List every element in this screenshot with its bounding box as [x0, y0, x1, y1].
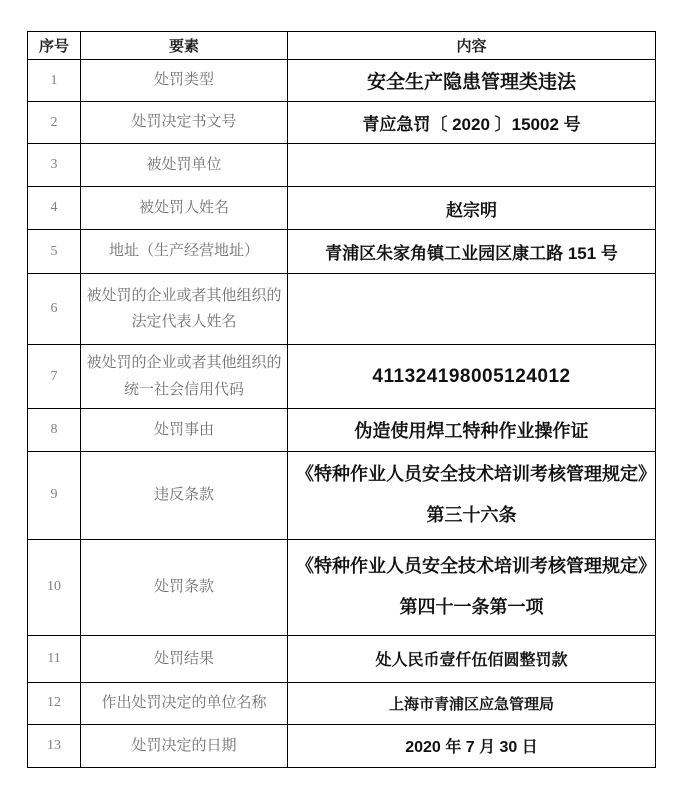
row-content-value: 《特种作业人员安全技术培训考核管理规定》第三十六条 — [288, 452, 656, 540]
row-content-value: 青应急罚〔 2020 〕15002 号 — [288, 102, 656, 144]
row-serial-number: 1 — [28, 60, 81, 102]
table-row: 1 处罚类型 安全生产隐患管理类违法 — [28, 60, 656, 102]
row-content-value: 赵宗明 — [288, 187, 656, 230]
row-element-label: 作出处罚决定的单位名称 — [81, 682, 288, 724]
row-content-value: 411324198005124012 — [288, 345, 656, 409]
row-content-value: 伪造使用焊工特种作业操作证 — [288, 409, 656, 452]
row-serial-number: 5 — [28, 230, 81, 274]
table-row: 3 被处罚单位 — [28, 144, 656, 187]
row-element-label: 被处罚的企业或者其他组织的法定代表人姓名 — [81, 274, 288, 345]
row-content-value: 2020 年 7 月 30 日 — [288, 724, 656, 767]
table-body: 1 处罚类型 安全生产隐患管理类违法 2 处罚决定书文号 青应急罚〔 2020 … — [28, 60, 656, 768]
row-element-label: 处罚条款 — [81, 539, 288, 635]
row-element-label: 地址（生产经营地址） — [81, 230, 288, 274]
row-element-label: 处罚决定的日期 — [81, 724, 288, 767]
row-content-value: 《特种作业人员安全技术培训考核管理规定》第四十一条第一项 — [288, 539, 656, 635]
table-row: 11 处罚结果 处人民币壹仟伍佰圆整罚款 — [28, 635, 656, 682]
row-serial-number: 7 — [28, 345, 81, 409]
row-element-label: 处罚事由 — [81, 409, 288, 452]
row-serial-number: 8 — [28, 409, 81, 452]
row-serial-number: 13 — [28, 724, 81, 767]
row-element-label: 处罚结果 — [81, 635, 288, 682]
table-row: 8 处罚事由 伪造使用焊工特种作业操作证 — [28, 409, 656, 452]
row-serial-number: 2 — [28, 102, 81, 144]
table-row: 10 处罚条款 《特种作业人员安全技术培训考核管理规定》第四十一条第一项 — [28, 539, 656, 635]
row-serial-number: 6 — [28, 274, 81, 345]
row-serial-number: 4 — [28, 187, 81, 230]
row-element-label: 被处罚的企业或者其他组织的统一社会信用代码 — [81, 345, 288, 409]
row-content-value: 处人民币壹仟伍佰圆整罚款 — [288, 635, 656, 682]
penalty-info-table: 序号 要素 内容 1 处罚类型 安全生产隐患管理类违法 2 处罚决定书文号 青应… — [27, 31, 656, 768]
row-content-value — [288, 144, 656, 187]
table-header-row: 序号 要素 内容 — [28, 32, 656, 60]
document-page: 序号 要素 内容 1 处罚类型 安全生产隐患管理类违法 2 处罚决定书文号 青应… — [0, 0, 680, 786]
row-element-label: 被处罚单位 — [81, 144, 288, 187]
table-row: 6 被处罚的企业或者其他组织的法定代表人姓名 — [28, 274, 656, 345]
header-content: 内容 — [288, 32, 656, 60]
table-row: 4 被处罚人姓名 赵宗明 — [28, 187, 656, 230]
table-row: 7 被处罚的企业或者其他组织的统一社会信用代码 4113241980051240… — [28, 345, 656, 409]
row-serial-number: 11 — [28, 635, 81, 682]
row-element-label: 违反条款 — [81, 452, 288, 540]
row-content-value: 青浦区朱家角镇工业园区康工路 151 号 — [288, 230, 656, 274]
header-serial-number: 序号 — [28, 32, 81, 60]
row-serial-number: 12 — [28, 682, 81, 724]
row-serial-number: 3 — [28, 144, 81, 187]
row-element-label: 被处罚人姓名 — [81, 187, 288, 230]
row-serial-number: 9 — [28, 452, 81, 540]
table-row: 5 地址（生产经营地址） 青浦区朱家角镇工业园区康工路 151 号 — [28, 230, 656, 274]
row-serial-number: 10 — [28, 539, 81, 635]
row-content-value: 安全生产隐患管理类违法 — [288, 60, 656, 102]
table-row: 9 违反条款 《特种作业人员安全技术培训考核管理规定》第三十六条 — [28, 452, 656, 540]
row-content-value: 上海市青浦区应急管理局 — [288, 682, 656, 724]
header-element: 要素 — [81, 32, 288, 60]
row-element-label: 处罚类型 — [81, 60, 288, 102]
table-row: 12 作出处罚决定的单位名称 上海市青浦区应急管理局 — [28, 682, 656, 724]
table-row: 2 处罚决定书文号 青应急罚〔 2020 〕15002 号 — [28, 102, 656, 144]
row-content-value — [288, 274, 656, 345]
row-element-label: 处罚决定书文号 — [81, 102, 288, 144]
table-row: 13 处罚决定的日期 2020 年 7 月 30 日 — [28, 724, 656, 767]
